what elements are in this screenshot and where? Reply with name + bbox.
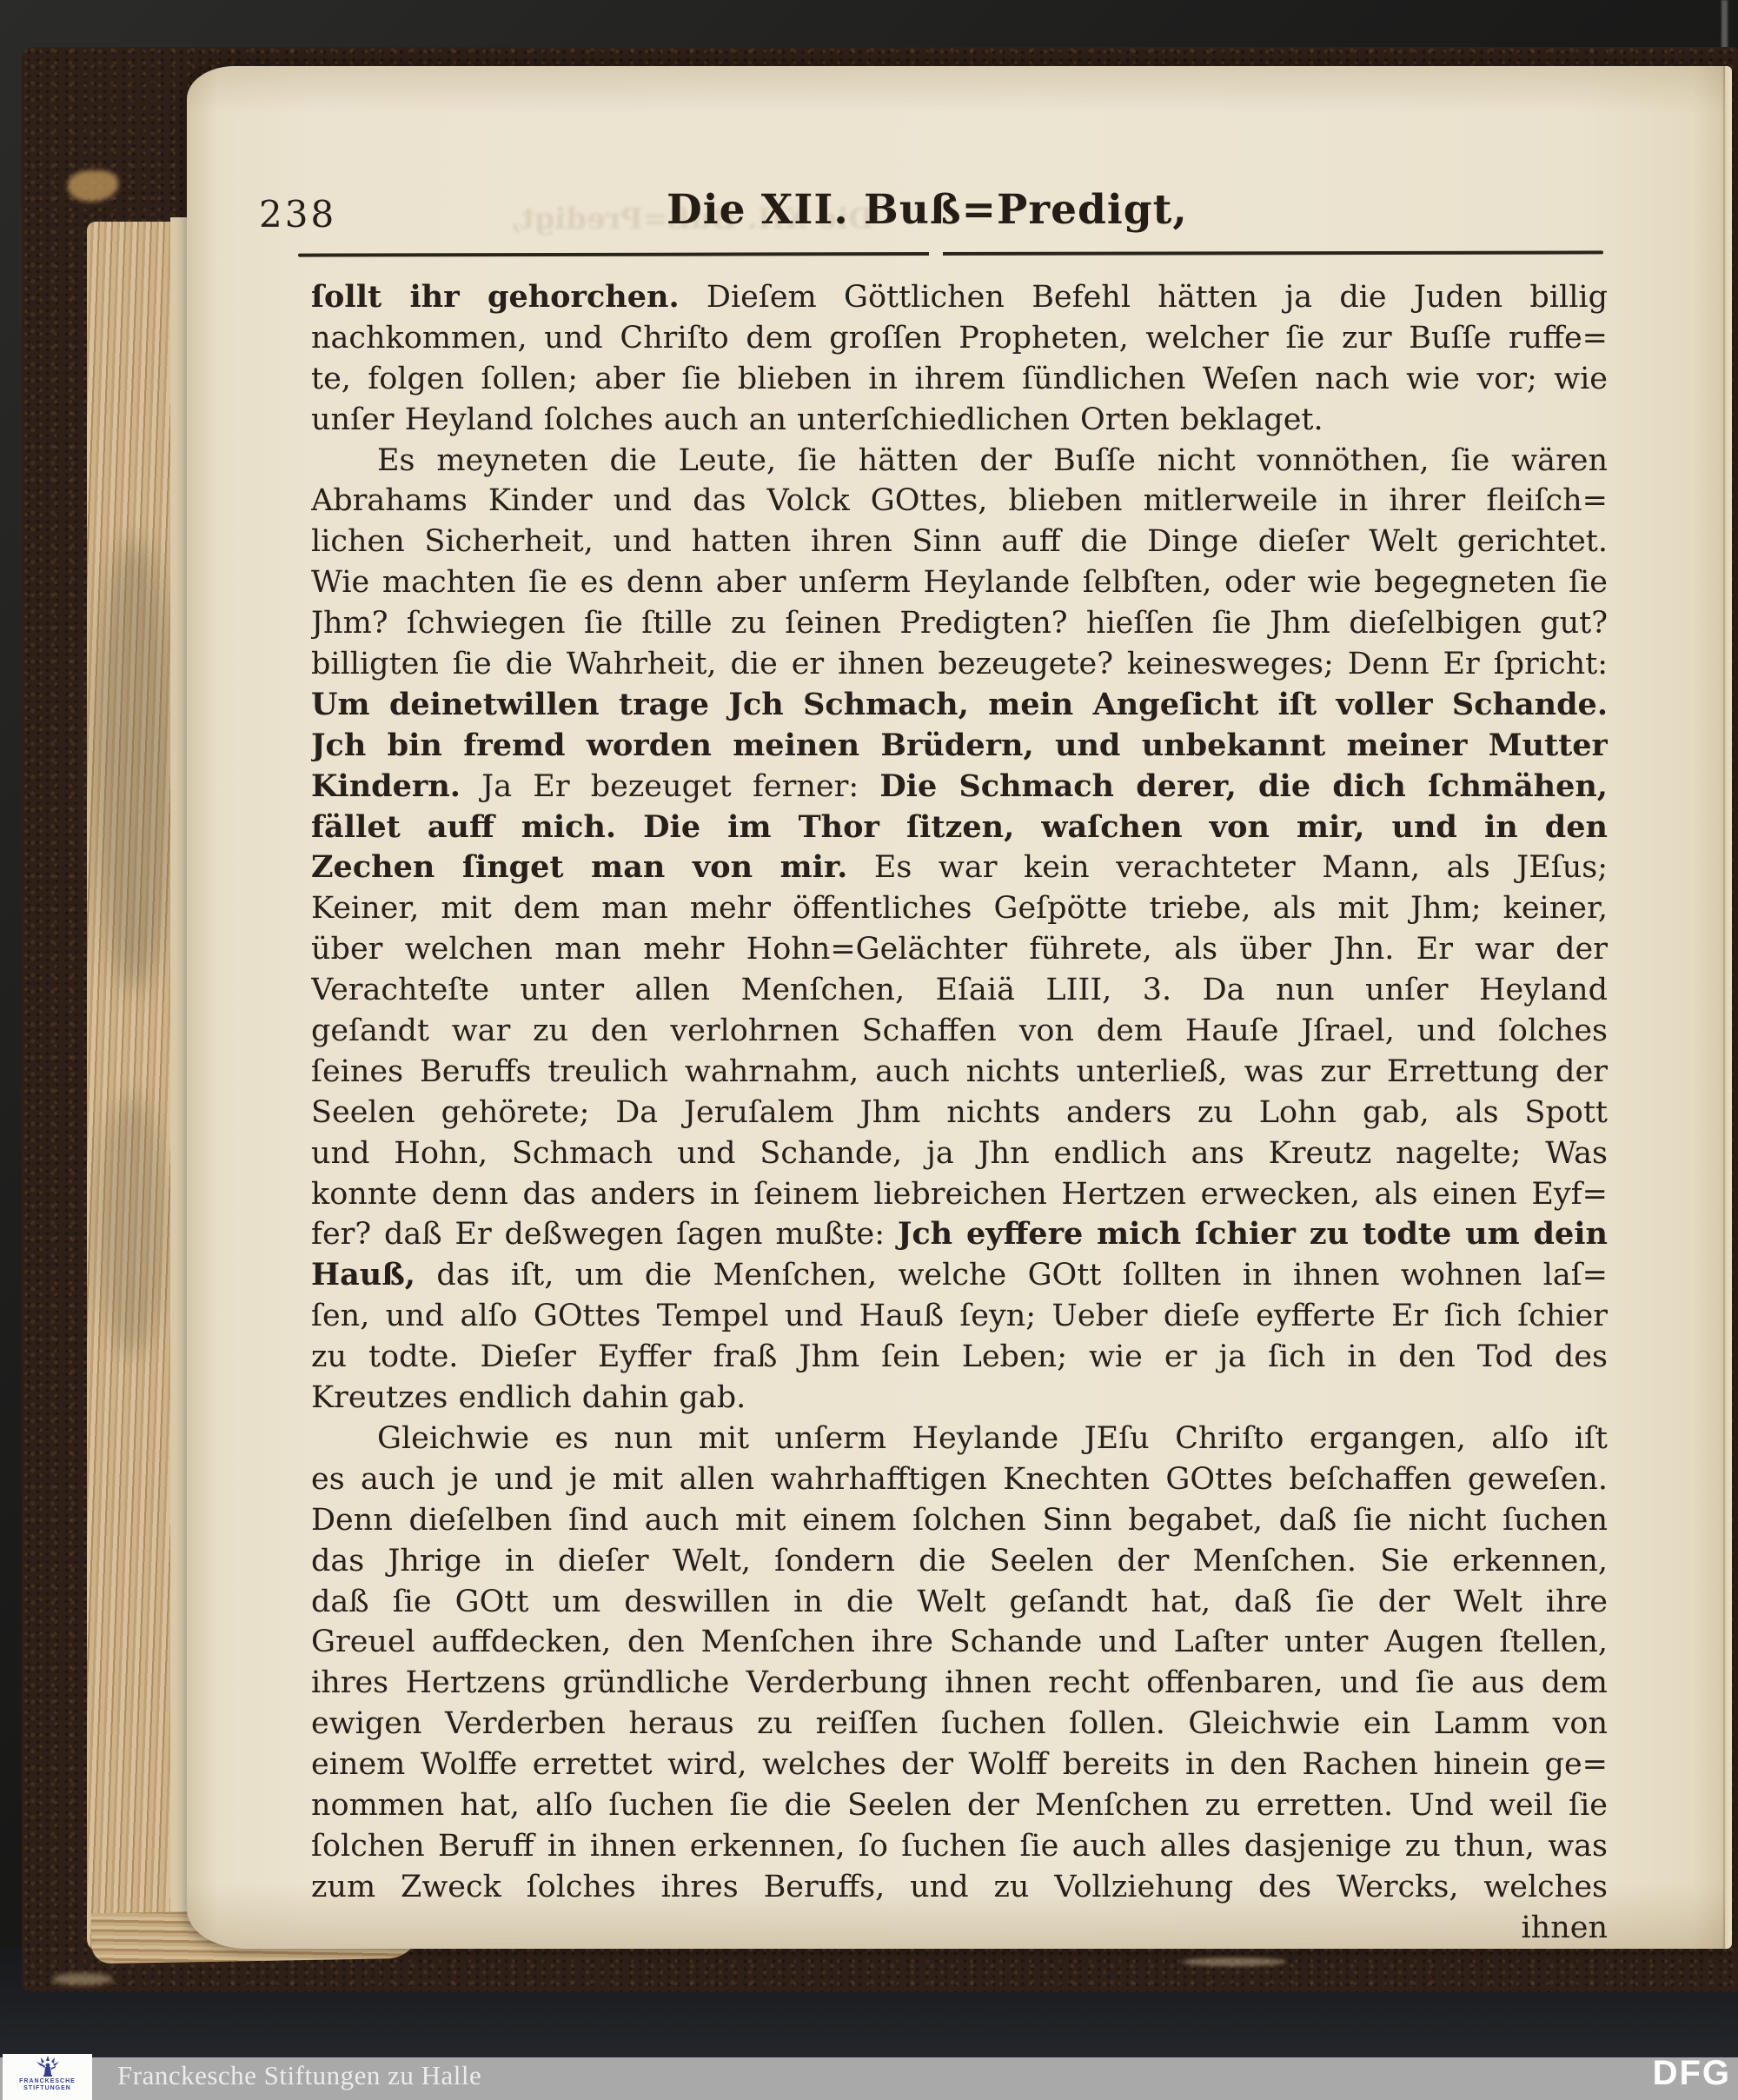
franckesche-emblem-icon <box>33 2056 63 2078</box>
text-segment: geſandt war zu den verlohrnen Schaffen v… <box>311 1013 1608 1048</box>
text-line: Greuel auffdecken, den Menſchen ihre Sch… <box>311 1622 1608 1663</box>
text-segment: Greuel auffdecken, den Menſchen ihre Sch… <box>311 1625 1608 1659</box>
text-line: Gleichwie es nun mit unſerm Heylande JEſ… <box>311 1419 1608 1459</box>
text-segment: ihnen <box>1521 1911 1608 1945</box>
text-line: Es meyneten die Leute, ſie hätten der Bu… <box>311 441 1608 482</box>
text-segment: Denn dieſelben ſind auch mit einem ſolch… <box>311 1503 1608 1538</box>
text-segment: daß ſie GOtt um deswillen in die Welt ge… <box>311 1585 1608 1619</box>
running-title: Die XII. Buß=Predigt, <box>667 186 1188 234</box>
text-line: ihnen <box>311 1908 1608 1949</box>
bold-text-segment: ſollt ihr gehorchen. <box>311 279 680 315</box>
text-segment: Ja Er bezeuget ferner: <box>461 769 879 804</box>
text-segment: Jhm? ſchwiegen ſie ſtille zu ſeinen Pred… <box>311 606 1608 641</box>
text-segment: nommen hat, alſo ſuchen ſie die Seelen d… <box>311 1788 1608 1823</box>
text-segment: Abrahams Kinder und das Volck GOttes, bl… <box>311 483 1608 518</box>
text-segment: das iſt, um die Menſchen, welche GOtt ſo… <box>415 1258 1608 1293</box>
text-segment: Kreutzes endlich dahin gab. <box>311 1380 746 1415</box>
text-line: und Hohn, Schmach und Schande, ja Jhn en… <box>311 1133 1608 1174</box>
text-line: ſen, und alſo GOttes Tempel und Hauß ſey… <box>311 1296 1608 1337</box>
text-segment: ſolchen Beruff in ihnen erkennen, ſo ſuc… <box>311 1829 1608 1864</box>
text-line: Hauß, das iſt, um die Menſchen, welche G… <box>311 1255 1608 1296</box>
text-line: Verachteſte unter allen Menſchen, Eſaiä … <box>311 970 1608 1011</box>
text-line: ewigen Verderben heraus zu reiſſen ſuche… <box>311 1704 1608 1744</box>
text-segment: te, folgen ſollen; aber ſie blieben in i… <box>311 362 1608 396</box>
text-line: unſer Heyland ſolches auch an unterſchie… <box>311 400 1608 441</box>
text-segment: konnte denn das anders in ſeinem liebrei… <box>311 1177 1608 1212</box>
text-line: zu todte. Dieſer Eyffer fraß Jhm ſein Le… <box>311 1337 1608 1378</box>
text-segment: Wie machten ſie es denn aber unſerm Heyl… <box>311 565 1608 600</box>
text-line: Um deinetwillen trage Jch Schmach, mein … <box>311 685 1608 726</box>
text-line: ihres Hertzens gründliche Verderbung ihn… <box>311 1663 1608 1704</box>
text-segment: zu todte. Dieſer Eyffer fraß Jhm ſein Le… <box>311 1339 1608 1374</box>
franckesche-logo-text-line1: FRANCKESCHE <box>19 2078 76 2085</box>
bold-text-segment: Um deinetwillen trage Jch Schmach, mein … <box>311 687 1608 722</box>
leather-scuff <box>1182 1957 1286 1966</box>
text-line: das Jhrige in dieſer Welt, ſondern die S… <box>311 1541 1608 1582</box>
text-line: ſollt ihr gehorchen. Dieſem Göttlichen B… <box>311 277 1608 318</box>
text-segment: und Hohn, Schmach und Schande, ja Jhn en… <box>311 1136 1608 1171</box>
text-segment: Es meyneten die Leute, ſie hätten der Bu… <box>377 443 1608 478</box>
text-line: fer? daß Er deßwegen ſagen mußte: Jch ey… <box>311 1214 1608 1255</box>
text-segment: es auch je und je mit allen wahrhafftige… <box>311 1462 1608 1497</box>
text-segment: Keiner, mit dem man mehr öffentliches Ge… <box>311 891 1608 926</box>
text-segment: ewigen Verderben heraus zu reiſſen ſuche… <box>311 1706 1608 1741</box>
text-segment: Es war kein verachteter Mann, als JEſus; <box>847 850 1608 885</box>
text-line: nachkommen, und Chriſto dem groſſen Prop… <box>311 318 1608 359</box>
franckesche-logo-card: FRANCKESCHE STIFTUNGEN <box>3 2054 92 2100</box>
fore-edge-marbling <box>97 1095 167 1356</box>
franckesche-logo-text-line2: STIFTUNGEN <box>23 2085 71 2092</box>
text-line: te, folgen ſollen; aber ſie blieben in i… <box>311 359 1608 400</box>
page-number: 238 <box>259 193 336 236</box>
text-line: es auch je und je mit allen wahrhafftige… <box>311 1459 1608 1500</box>
text-segment: ihres Hertzens gründliche Verderbung ihn… <box>311 1665 1608 1700</box>
text-line: ſolchen Beruff in ihnen erkennen, ſo ſuc… <box>311 1826 1608 1867</box>
text-line: zum Zweck ſolches ihres Beruffs, und zu … <box>311 1867 1608 1908</box>
dfg-logo: DFG <box>1653 2054 1731 2093</box>
text-segment: Verachteſte unter allen Menſchen, Eſaiä … <box>311 973 1608 1007</box>
library-name: Franckesche Stiftungen zu Halle <box>117 2060 481 2091</box>
text-line: Kreutzes endlich dahin gab. <box>311 1378 1608 1419</box>
text-line: einem Wolffe errettet wird, welches der … <box>311 1744 1608 1785</box>
fore-edge-marbling <box>94 539 176 991</box>
header-rule <box>298 250 1603 256</box>
text-segment: Dieſem Göttlichen Befehl hätten ja die J… <box>680 280 1608 315</box>
text-segment: unſer Heyland ſolches auch an unterſchie… <box>311 402 1323 437</box>
text-line: Jch bin fremd worden meinen Brüdern, und… <box>311 726 1608 767</box>
text-line: Jhm? ſchwiegen ſie ſtille zu ſeinen Pred… <box>311 603 1608 644</box>
text-segment: das Jhrige in dieſer Welt, ſondern die S… <box>311 1544 1608 1578</box>
text-segment: fer? daß Er deßwegen ſagen mußte: <box>311 1217 898 1252</box>
text-line: konnte denn das anders in ſeinem liebrei… <box>311 1174 1608 1215</box>
book-page: Die XII. Buß=Predigt, 238 Die XII. Buß=P… <box>187 66 1732 1949</box>
text-line: Kindern. Ja Er bezeuget ferner: Die Schm… <box>311 767 1608 807</box>
text-segment: ſen, und alſo GOttes Tempel und Hauß ſey… <box>311 1299 1608 1333</box>
text-segment: billigten ſie die Wahrheit, die er ihnen… <box>311 647 1608 681</box>
text-line: über welchen man mehr Hohn=Gelächter füh… <box>311 929 1608 970</box>
viewer-footer-bar: Franckesche Stiftungen zu Halle DFG <box>0 2057 1738 2100</box>
text-line: Abrahams Kinder und das Volck GOttes, bl… <box>311 481 1608 522</box>
text-line: fället auff mich. Die im Thor ſitzen, wa… <box>311 807 1608 848</box>
text-line: nommen hat, alſo ſuchen ſie die Seelen d… <box>311 1785 1608 1826</box>
text-line: lichen Sicherheit, und hatten ihren Sinn… <box>311 522 1608 562</box>
bold-text-segment: fället auff mich. Die im Thor ſitzen, wa… <box>311 809 1608 845</box>
text-line: geſandt war zu den verlohrnen Schaffen v… <box>311 1011 1608 1052</box>
page-fold-line <box>1723 66 1725 1949</box>
text-line: Seelen gehörete; Da Jeruſalem Jhm nichts… <box>311 1093 1608 1133</box>
text-segment: lichen Sicherheit, und hatten ihren Sinn… <box>311 524 1608 559</box>
text-line: ſeines Beruffs treulich wahrnahm, auch n… <box>311 1052 1608 1093</box>
scanned-book-page: { "page": { "folio": "238", "running_tit… <box>0 0 1738 2100</box>
bold-text-segment: Jch eyffere mich ſchier zu todte um dein <box>898 1216 1608 1252</box>
text-segment: einem Wolffe errettet wird, welches der … <box>311 1747 1608 1782</box>
body-text: ſollt ihr gehorchen. Dieſem Göttlichen B… <box>311 277 1608 1949</box>
text-line: daß ſie GOtt um deswillen in die Welt ge… <box>311 1582 1608 1623</box>
text-segment: ſeines Beruffs treulich wahrnahm, auch n… <box>311 1054 1608 1089</box>
bold-text-segment: Zechen ſinget man von mir. <box>311 849 847 885</box>
text-segment: Gleichwie es nun mit unſerm Heylande JEſ… <box>377 1421 1608 1456</box>
text-segment: zum Zweck ſolches ihres Beruffs, und zu … <box>311 1870 1608 1904</box>
text-line: billigten ſie die Wahrheit, die er ihnen… <box>311 644 1608 685</box>
leather-scuff <box>52 1973 113 1985</box>
bold-text-segment: Hauß, <box>311 1257 415 1293</box>
text-segment: Seelen gehörete; Da Jeruſalem Jhm nichts… <box>311 1095 1608 1130</box>
text-segment: über welchen man mehr Hohn=Gelächter füh… <box>311 932 1608 967</box>
text-line: Wie machten ſie es denn aber unſerm Heyl… <box>311 562 1608 603</box>
page-edge-strip <box>1725 66 1732 1949</box>
text-line: Denn dieſelben ſind auch mit einem ſolch… <box>311 1500 1608 1541</box>
bold-text-segment: Jch bin fremd worden meinen Brüdern, und… <box>311 728 1608 763</box>
text-line: Zechen ſinget man von mir. Es war kein v… <box>311 847 1608 888</box>
text-segment: nachkommen, und Chriſto dem groſſen Prop… <box>311 321 1608 356</box>
bold-text-segment: Kindern. <box>311 768 461 804</box>
bold-text-segment: Die Schmach derer, die dich ſchmähen, <box>879 768 1608 804</box>
text-line: Keiner, mit dem man mehr öffentliches Ge… <box>311 888 1608 929</box>
